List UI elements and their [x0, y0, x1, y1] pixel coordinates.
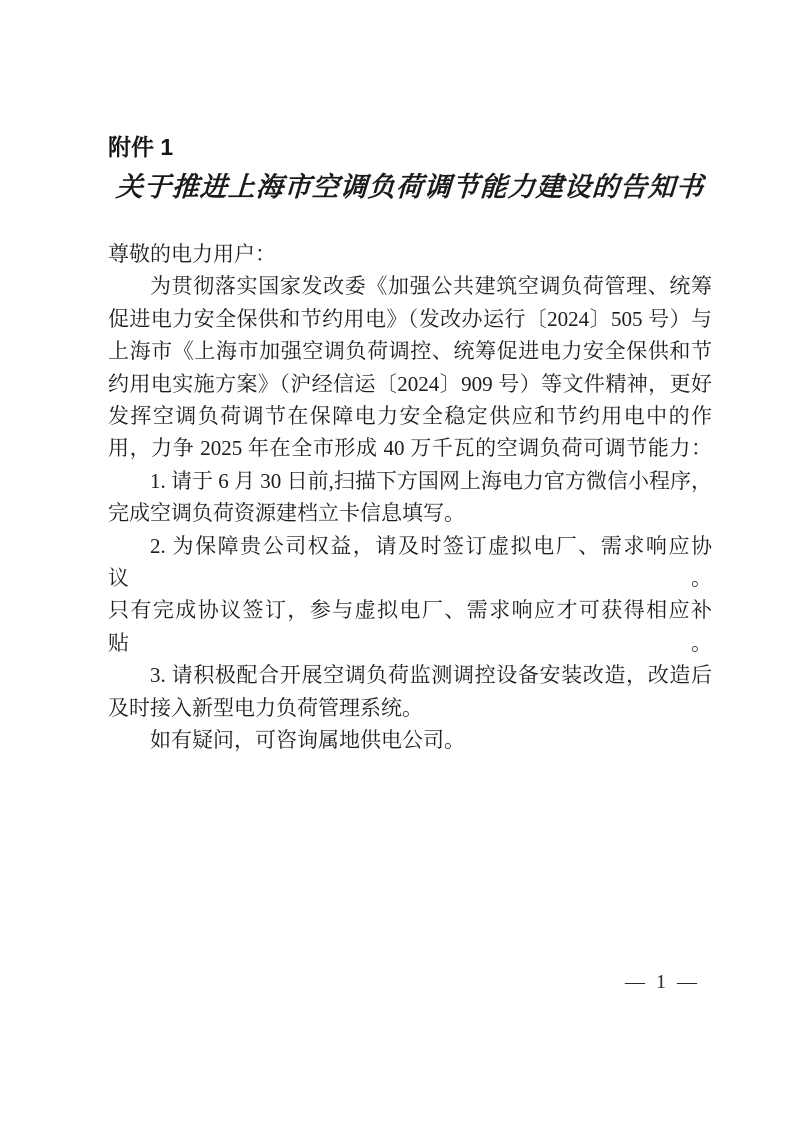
body-line: 3. 请积极配合开展空调负荷监测调控设备安装改造，改造后 [108, 659, 712, 691]
document-body: 尊敬的电力用户： 为贯彻落实国家发改委《加强公共建筑空调负荷管理、统筹 促进电力… [108, 238, 712, 757]
document-page: 附件 1 关于推进上海市空调负荷调节能力建设的告知书 尊敬的电力用户： 为贯彻落… [0, 0, 793, 1122]
body-line: 1. 请于 6 月 30 日前,扫描下方国网上海电力官方微信小程序， [108, 465, 712, 497]
body-line: 只有完成协议签订，参与虚拟电厂、需求响应才可获得相应补贴。 [108, 594, 712, 659]
body-line: 2. 为保障贵公司权益，请及时签订虚拟电厂、需求响应协议。 [108, 530, 712, 595]
document-content: 附件 1 关于推进上海市空调负荷调节能力建设的告知书 尊敬的电力用户： 为贯彻落… [108, 132, 712, 757]
body-line: 约用电实施方案》（沪经信运〔2024〕909 号）等文件精神，更好 [108, 368, 712, 400]
salutation: 尊敬的电力用户： [108, 238, 712, 270]
body-line: 如有疑问，可咨询属地供电公司。 [108, 724, 712, 756]
attachment-label: 附件 1 [108, 132, 712, 162]
document-title: 关于推进上海市空调负荷调节能力建设的告知书 [107, 167, 713, 207]
body-line: 上海市《上海市加强空调负荷调控、统筹促进电力安全保供和节 [108, 335, 712, 367]
body-line: 完成空调负荷资源建档立卡信息填写。 [108, 497, 712, 529]
body-line: 用，力争 2025 年在全市形成 40 万千瓦的空调负荷可调节能力： [108, 432, 712, 464]
body-line: 发挥空调负荷调节在保障电力安全稳定供应和节约用电中的作 [108, 400, 712, 432]
body-line: 促进电力安全保供和节约用电》（发改办运行〔2024〕505 号）与 [108, 303, 712, 335]
body-line: 为贯彻落实国家发改委《加强公共建筑空调负荷管理、统筹 [108, 270, 712, 302]
body-line: 及时接入新型电力负荷管理系统。 [108, 692, 712, 724]
page-number: — 1 — [625, 970, 700, 994]
